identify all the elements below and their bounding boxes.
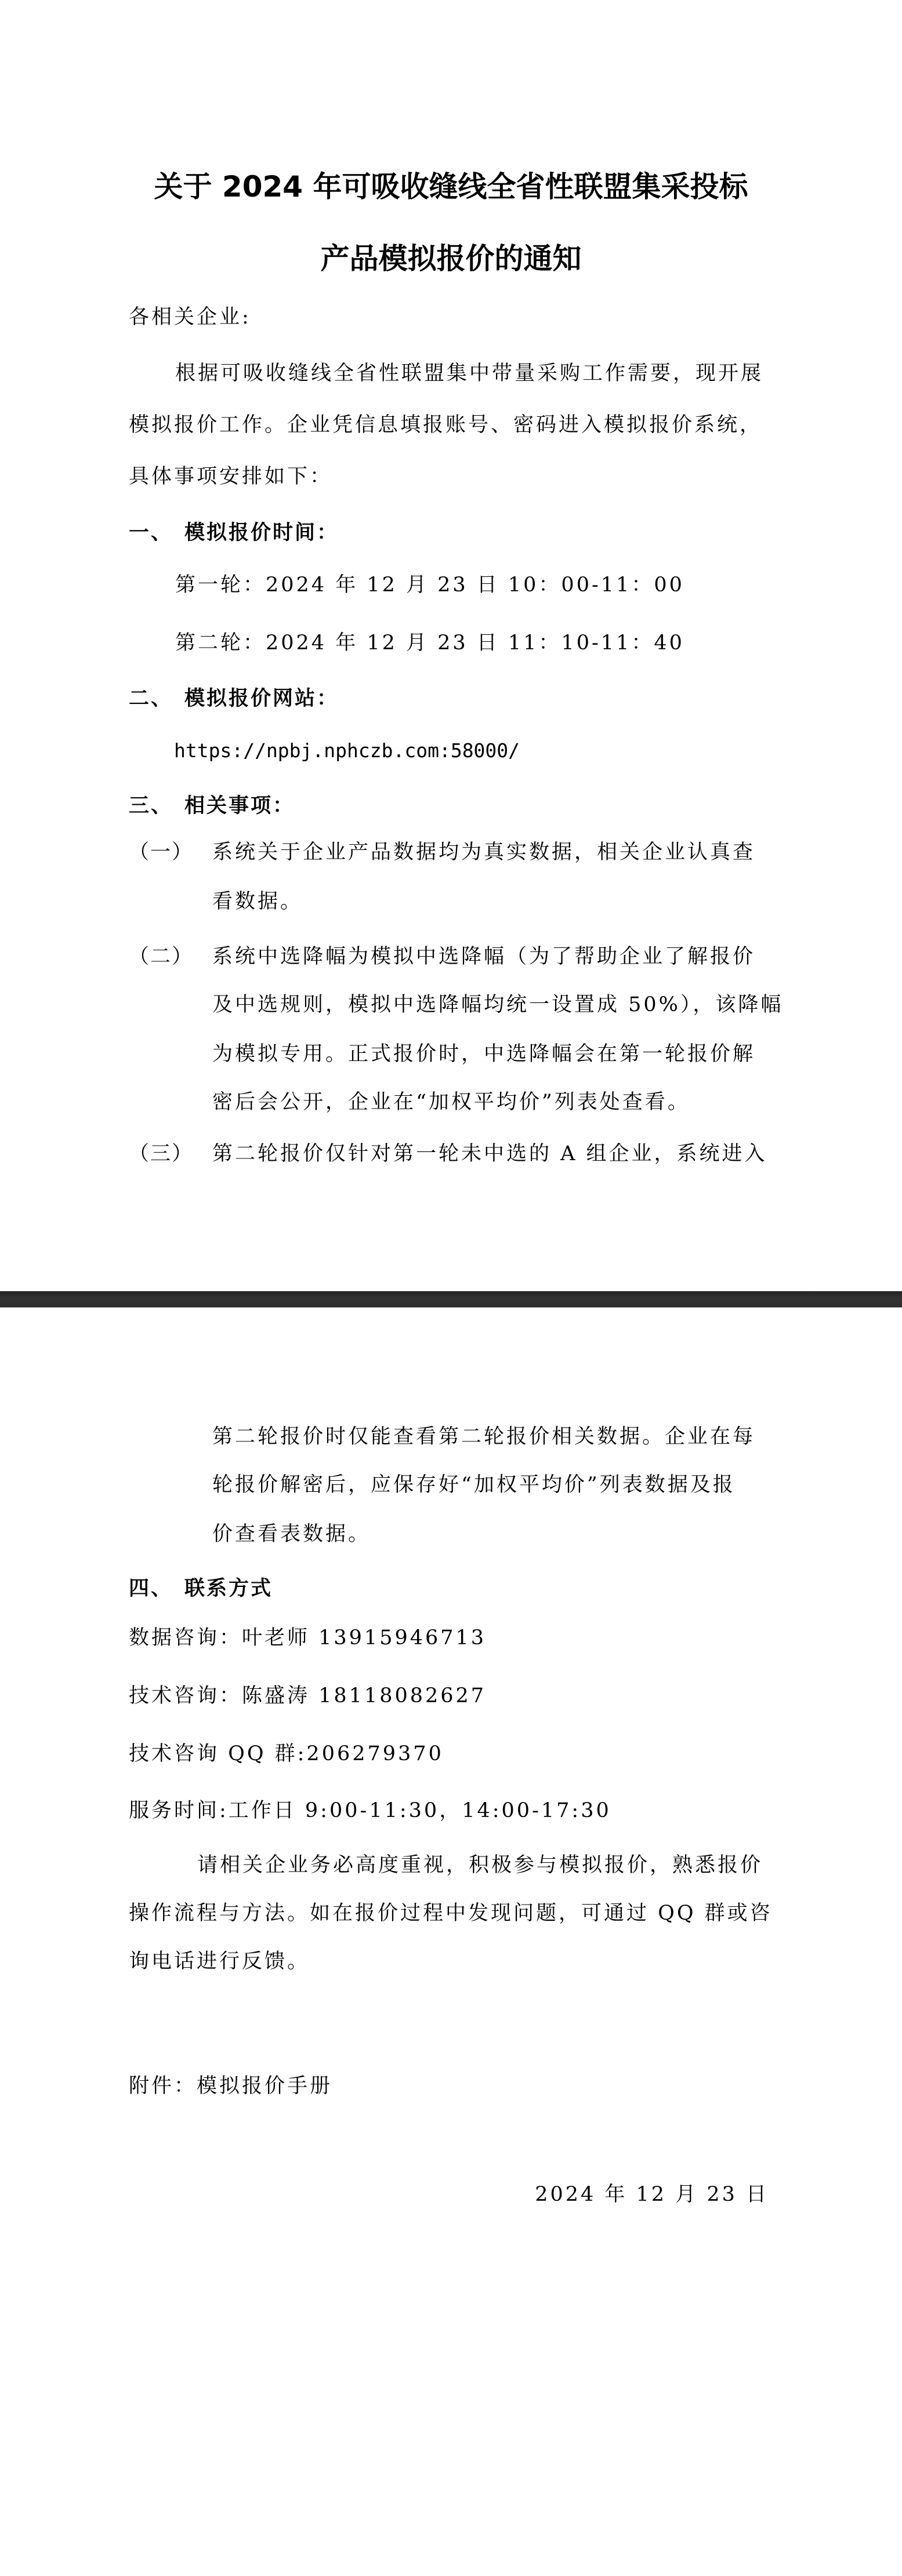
section-2-heading: 二、模拟报价网站： [129,684,339,713]
contact-data-inquiry: 数据咨询：叶老师 13915946713 [129,1623,486,1652]
closing-line-2: 操作流程与方法。如在报价过程中发现问题，可通过 QQ 群或咨 [129,1899,773,1928]
item-2-line-4: 密后会公开，企业在“加权平均价”列表处查看。 [212,1088,690,1117]
attachment-note: 附件：模拟报价手册 [129,2072,332,2101]
round-2-time: 第二轮：2024 年 12 月 23 日 11：10-11：40 [175,628,684,657]
item-2-line-3: 为模拟专用。正式报价时，中选降幅会在第一轮报价解 [212,1040,755,1069]
section-4-number: 四、 [129,1574,184,1603]
item-3-line-3: 轮报价解密后，应保存好“加权平均价”列表数据及报 [212,1470,736,1499]
item-1-line-1: 系统关于企业产品数据均为真实数据，相关企业认真查 [212,838,755,867]
item-2-number: （二） [129,942,193,971]
section-4-heading: 四、联系方式 [129,1574,273,1603]
item-2-line-2: 及中选规则，模拟中选降幅均统一设置成 50%），该降幅 [212,990,783,1019]
intro-line-2: 模拟报价工作。企业凭信息填报账号、密码进入模拟报价系统， [129,410,762,439]
section-4-title: 联系方式 [184,1577,273,1600]
contact-qq-group: 技术咨询 QQ 群:206279370 [129,1739,444,1768]
section-3-heading: 三、相关事项： [129,791,295,820]
website-url[interactable]: https://npbj.nphczb.com:58000/ [174,736,520,765]
item-3-line-1: 第二轮报价仅针对第一轮未中选的 A 组企业，系统进入 [212,1139,767,1168]
document-date: 2024 年 12 月 23 日 [522,2180,769,2209]
closing-line-1: 请相关企业务必高度重视，积极参与模拟报价，熟悉报价 [197,1851,763,1880]
contact-tech-inquiry: 技术咨询：陈盛涛 18118082627 [129,1681,486,1710]
closing-line-3: 询电话进行反馈。 [129,1947,310,1976]
section-2-title: 模拟报价网站： [184,687,339,710]
salutation: 各相关企业: [129,303,251,332]
document-title-line-2: 产品模拟报价的通知 [0,241,902,276]
section-2-number: 二、 [129,684,184,713]
section-1-title: 模拟报价时间： [184,521,339,544]
item-1-number: （一） [129,838,193,867]
page-separator [0,1291,902,1307]
section-3-title: 相关事项： [184,794,295,818]
item-3-line-2: 第二轮报价时仅能查看第二轮报价相关数据。企业在每 [212,1422,755,1451]
item-3-number: （三） [129,1139,193,1168]
intro-line-3: 具体事项安排如下： [129,462,332,491]
service-hours: 服务时间:工作日 9:00-11:30，14:00-17:30 [129,1796,611,1825]
document-page-2: 第二轮报价时仅能查看第二轮报价相关数据。企业在每 轮报价解密后，应保存好“加权平… [0,1307,902,2576]
intro-line-1: 根据可吸收缝线全省性联盟集中带量采购工作需要，现开展 [175,359,763,388]
document-title-line-1: 关于 2024 年可吸收缝线全省性联盟集采投标 [0,169,902,204]
section-3-number: 三、 [129,791,184,820]
item-2-line-1: 系统中选降幅为模拟中选降幅（为了帮助企业了解报价 [212,942,755,971]
section-1-number: 一、 [129,518,184,547]
item-1-line-2: 看数据。 [212,887,303,916]
document-page-1: 关于 2024 年可吸收缝线全省性联盟集采投标 产品模拟报价的通知 各相关企业:… [0,0,902,1291]
round-1-time: 第一轮：2024 年 12 月 23 日 10：00-11：00 [175,571,684,600]
item-3-line-4: 价查看表数据。 [212,1520,371,1549]
section-1-heading: 一、模拟报价时间： [129,518,339,547]
